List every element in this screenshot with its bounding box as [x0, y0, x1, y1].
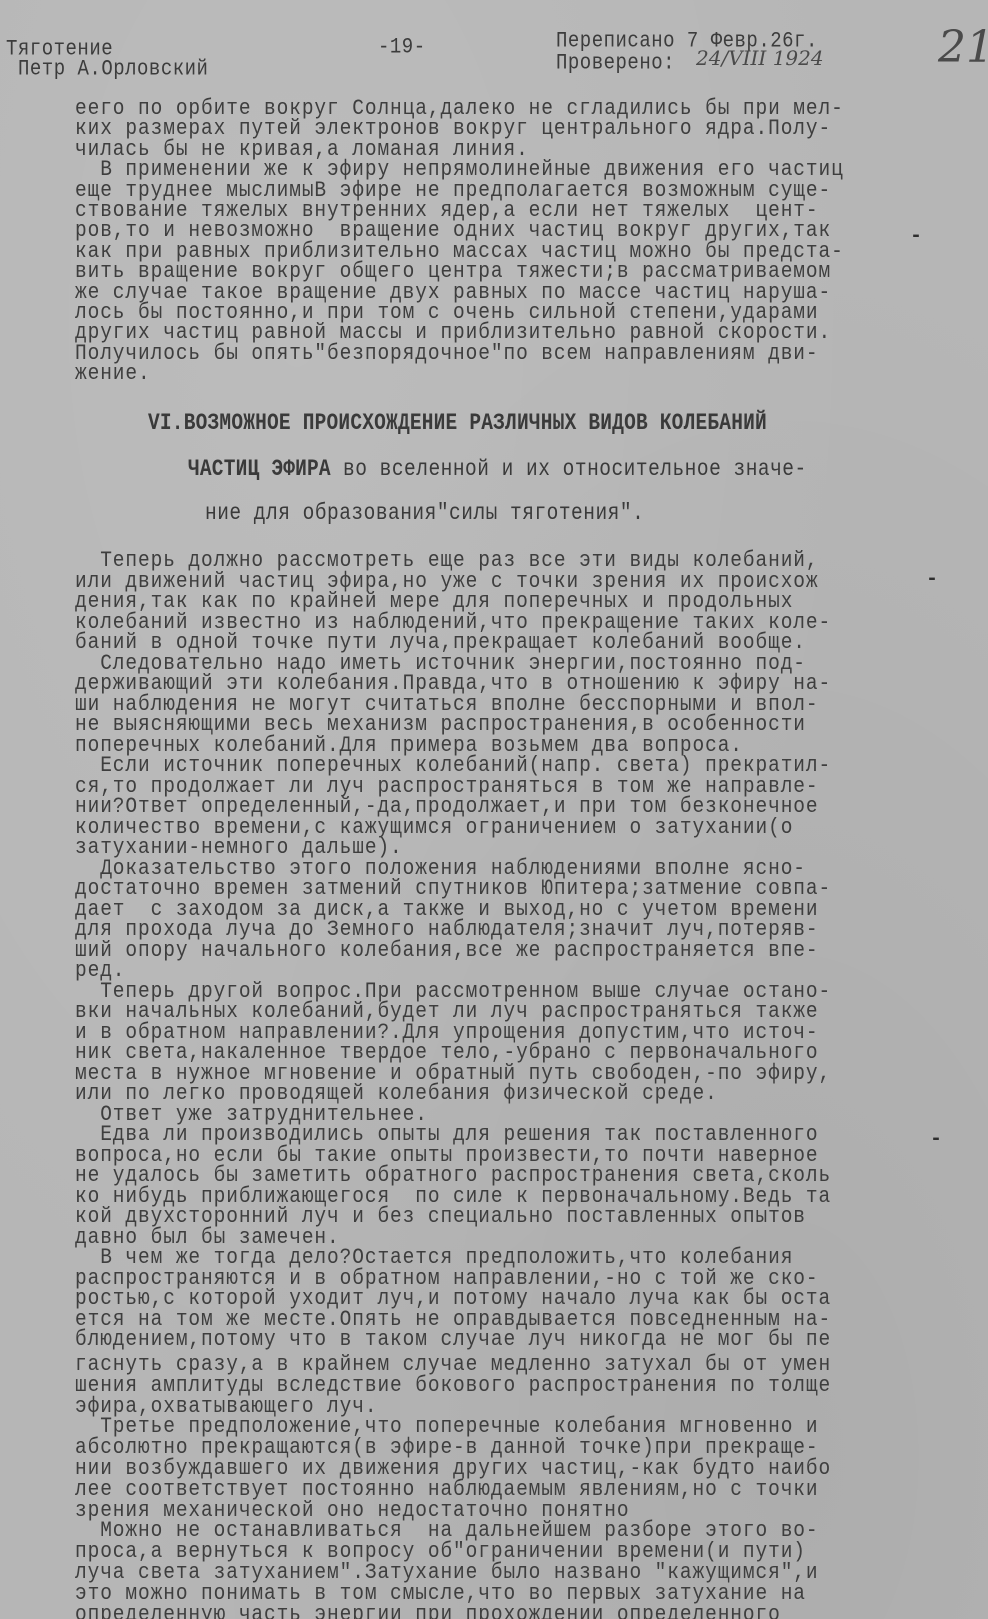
margin-mark: -: [926, 568, 938, 591]
checked-signature: 24/VIII 1924: [696, 46, 824, 70]
section-heading-line-1: VI.ВОЗМОЖНОЕ ПРОИСХОЖДЕНИЕ РАЗЛИЧНЫХ ВИД…: [148, 410, 767, 436]
text-line: определенную часть энергии при прохожден…: [75, 1602, 781, 1619]
text-line: блюдением,потому что в таком случае луч …: [75, 1327, 831, 1352]
archive-page-number: 21: [938, 22, 988, 73]
section-heading-rest: во вселенной и их относительное значе-: [331, 456, 807, 482]
text-line: жение.: [75, 361, 151, 386]
margin-mark: -: [930, 1128, 942, 1151]
document-page: Тяготение Петр А.Орловский -19- Переписа…: [0, 0, 988, 1619]
checked-label: Проверено:: [556, 50, 675, 75]
section-heading-caps: ЧАСТИЦ ЭФИРА: [188, 456, 331, 482]
margin-mark: -: [910, 225, 922, 248]
page-number: -19-: [378, 34, 426, 59]
section-heading-line-3: ние для образования"силы тяготения".: [205, 500, 644, 526]
section-heading-line-2: ЧАСТИЦ ЭФИРА во вселенной и их относител…: [188, 456, 807, 482]
author-name: Петр А.Орловский: [18, 56, 208, 81]
text-line: Получилось бы опять"безпорядочное"по все…: [75, 341, 819, 366]
text-line: ший опору начального колебания,все же ра…: [75, 938, 819, 963]
